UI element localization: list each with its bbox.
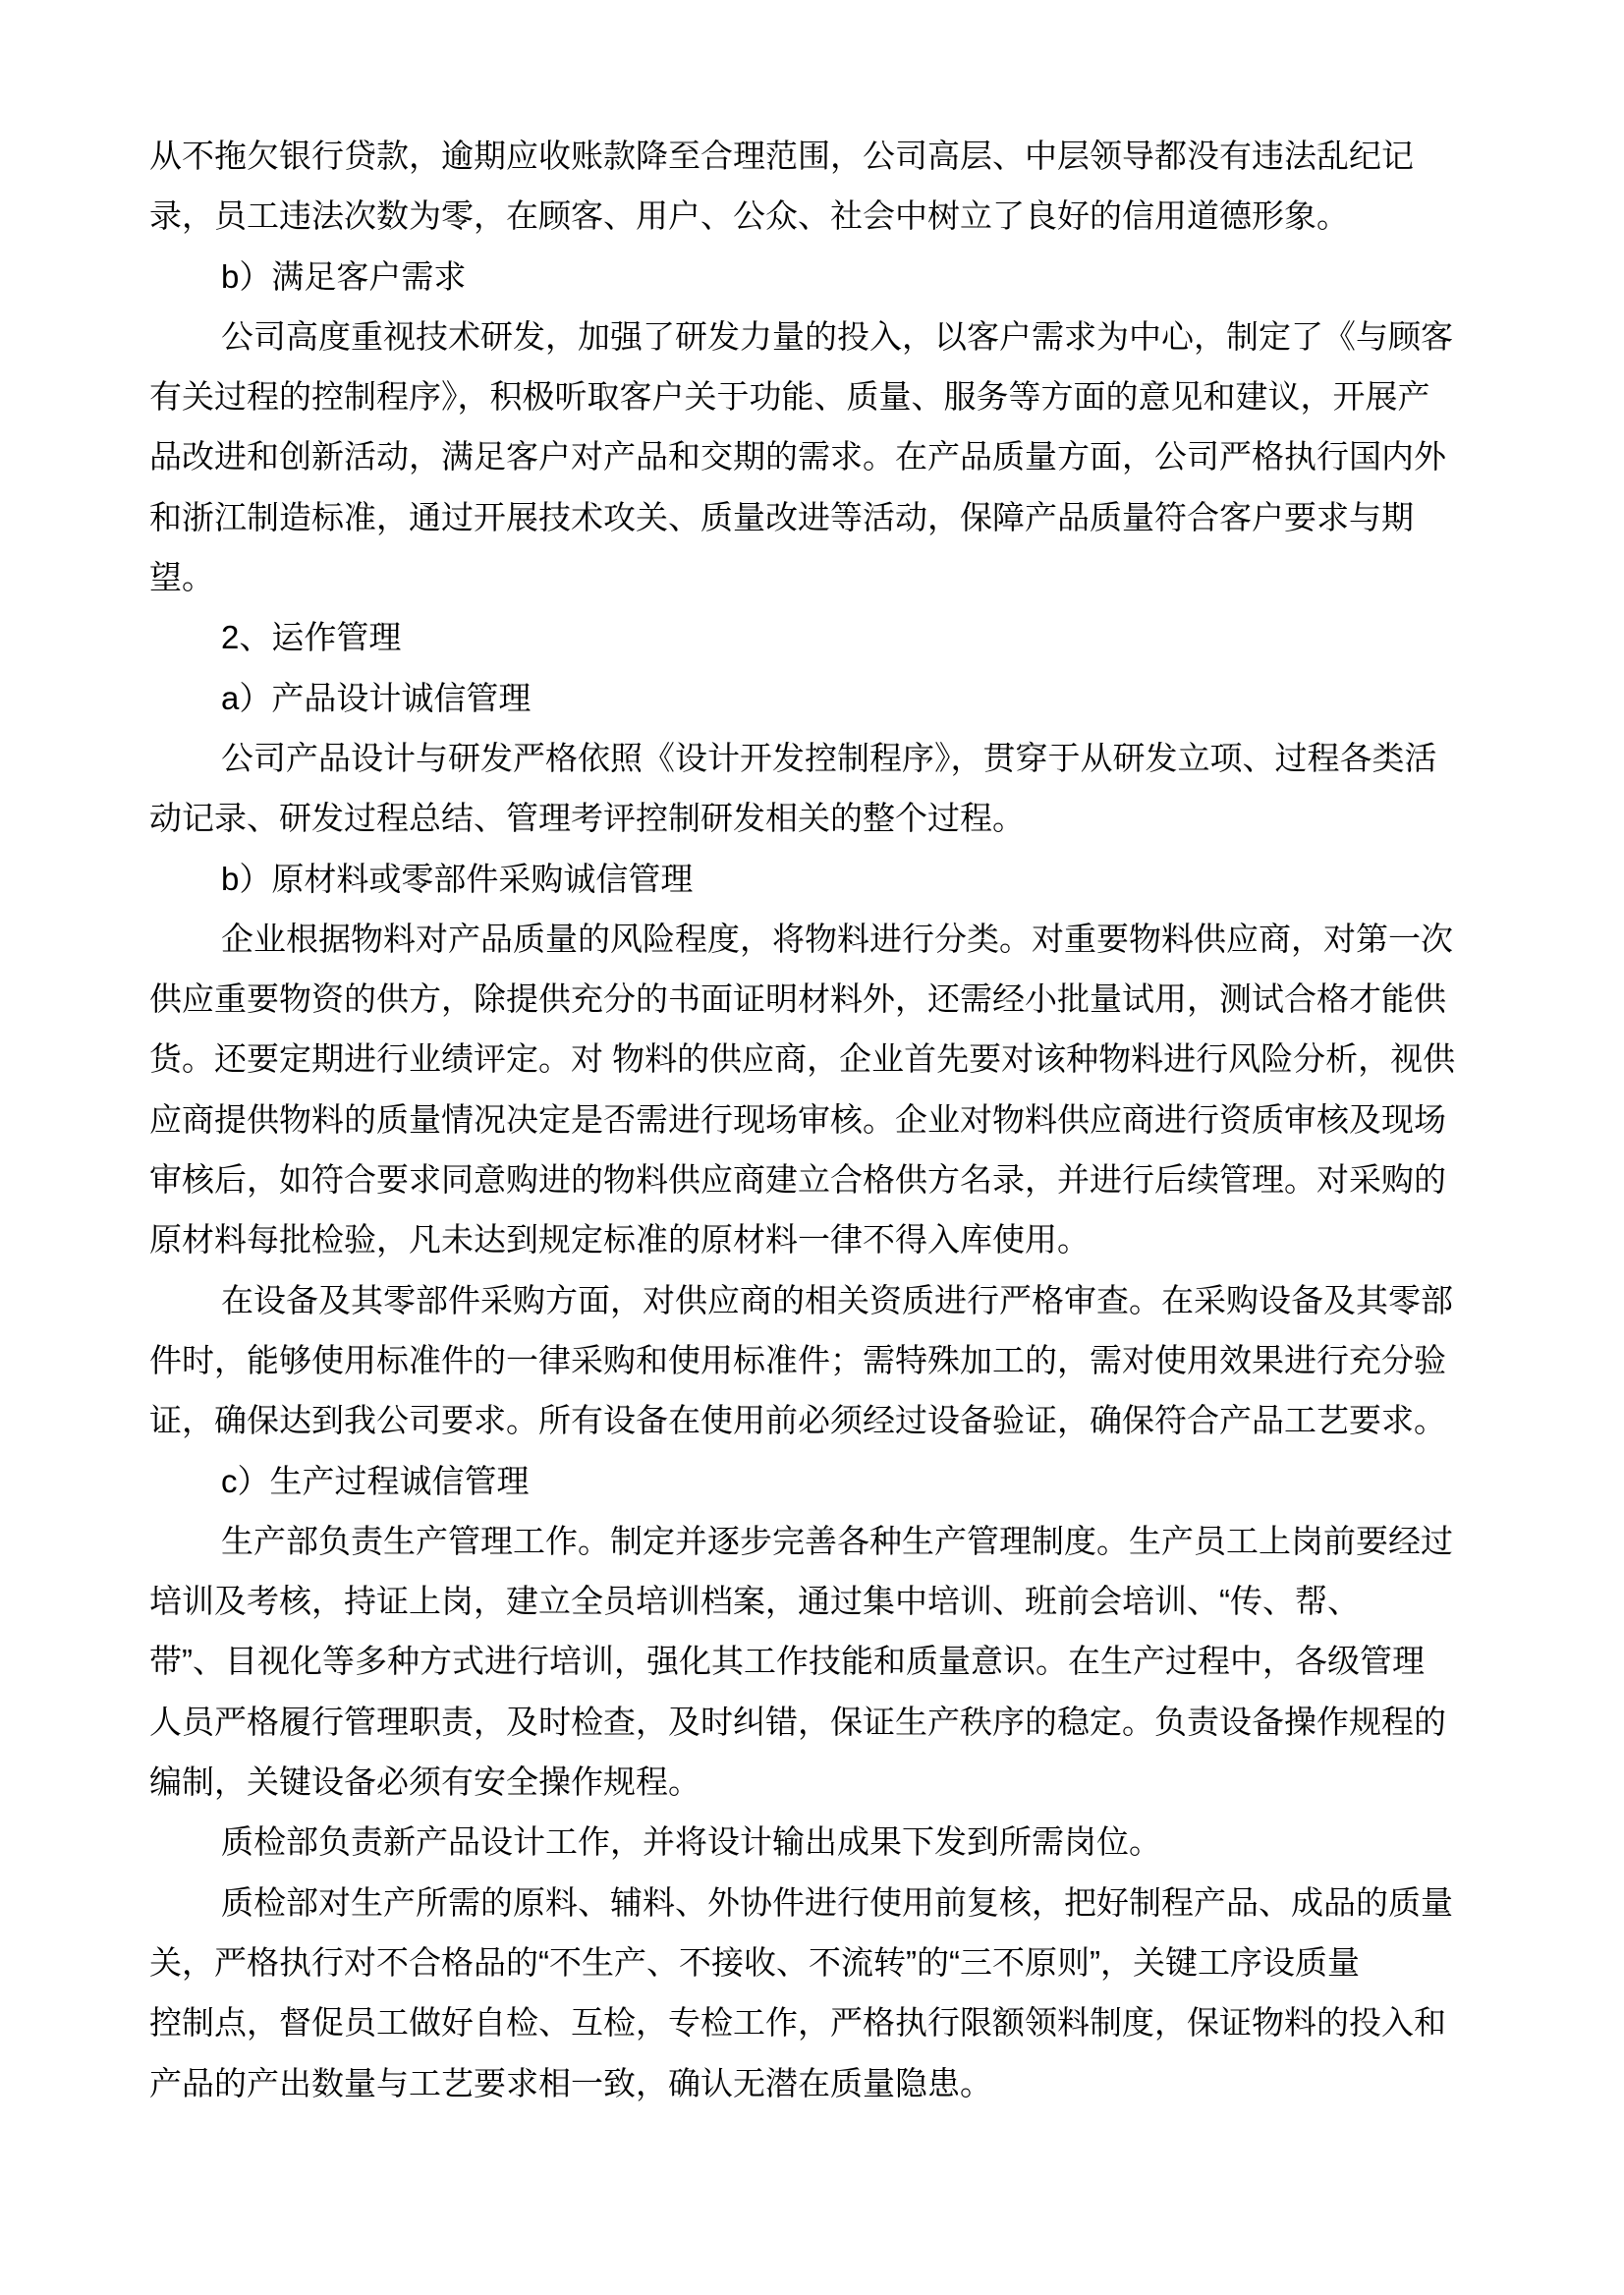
text-line: 供应重要物资的供方，除提供充分的书面证明材料外，还需经小批量试用，测试合格才能供 (149, 969, 1525, 1029)
text-line: 产品的产出数量与工艺要求相一致，确认无潜在质量隐患。 (149, 2053, 1525, 2113)
text-line: 公司高度重视技术研发，加强了研发力量的投入，以客户需求为中心，制定了《与顾客 (149, 307, 1525, 366)
document-page: 从不拖欠银行贷款，逾期应收账款降至合理范围，公司高层、中层领导都没有违法乱纪记录… (0, 0, 1624, 2295)
text-line: 品改进和创新活动，满足客户对产品和交期的需求。在产品质量方面，公司严格执行国内外 (149, 426, 1525, 486)
text-line: 有关过程的控制程序》，积极听取客户关于功能、质量、服务等方面的意见和建议，开展产 (149, 366, 1525, 426)
text-line: 从不拖欠银行贷款，逾期应收账款降至合理范围，公司高层、中层领导都没有违法乱纪记 (149, 126, 1525, 186)
text-line: 关，严格执行对不合格品的“不生产、不接收、不流转”的“三不原则”，关键工序设质量 (149, 1932, 1525, 1992)
text-line: 动记录、研发过程总结、管理考评控制研发相关的整个过程。 (149, 788, 1525, 848)
text-line: a）产品设计诚信管理 (149, 668, 1525, 728)
text-line: c）生产过程诚信管理 (149, 1451, 1525, 1511)
text-line: 公司产品设计与研发严格依照《设计开发控制程序》，贯穿于从研发立项、过程各类活 (149, 728, 1525, 788)
text-line: 人员严格履行管理职责，及时检查，及时纠错，保证生产秩序的稳定。负责设备操作规程的 (149, 1692, 1525, 1752)
text-line: 质检部负责新产品设计工作，并将设计输出成果下发到所需岗位。 (149, 1812, 1525, 1872)
text-line: 带”、目视化等多种方式进行培训，强化其工作技能和质量意识。在生产过程中，各级管理 (149, 1631, 1525, 1691)
text-line: 原材料每批检验，凡未达到规定标准的原材料一律不得入库使用。 (149, 1209, 1525, 1269)
text-line: 货。还要定期进行业绩评定。对 物料的供应商，企业首先要对该种物料进行风险分析，视… (149, 1029, 1525, 1089)
text-line: 审核后，如符合要求同意购进的物料供应商建立合格供方名录，并进行后续管理。对采购的 (149, 1149, 1525, 1209)
text-line: 和浙江制造标准，通过开展技术攻关、质量改进等活动，保障产品质量符合客户要求与期 (149, 487, 1525, 547)
text-line: 件时，能够使用标准件的一律采购和使用标准件；需特殊加工的，需对使用效果进行充分验 (149, 1330, 1525, 1390)
text-line: 培训及考核，持证上岗，建立全员培训档案，通过集中培训、班前会培训、“传、帮、 (149, 1571, 1525, 1631)
document-body: 从不拖欠银行贷款，逾期应收账款降至合理范围，公司高层、中层领导都没有违法乱纪记录… (149, 126, 1525, 2113)
text-line: 控制点，督促员工做好自检、互检，专检工作，严格执行限额领料制度，保证物料的投入和 (149, 1992, 1525, 2052)
text-line: 应商提供物料的质量情况决定是否需进行现场审核。企业对物料供应商进行资质审核及现场 (149, 1090, 1525, 1149)
text-line: 2、运作管理 (149, 607, 1525, 667)
text-line: 望。 (149, 547, 1525, 607)
text-line: 证，确保达到我公司要求。所有设备在使用前必须经过设备验证，确保符合产品工艺要求。 (149, 1390, 1525, 1450)
text-line: 企业根据物料对产品质量的风险程度，将物料进行分类。对重要物料供应商，对第一次 (149, 909, 1525, 969)
text-line: 质检部对生产所需的原料、辅料、外协件进行使用前复核，把好制程产品、成品的质量 (149, 1873, 1525, 1932)
text-line: b）原材料或零部件采购诚信管理 (149, 849, 1525, 909)
text-line: 编制，关键设备必须有安全操作规程。 (149, 1752, 1525, 1812)
text-line: 录，员工违法次数为零，在顾客、用户、公众、社会中树立了良好的信用道德形象。 (149, 186, 1525, 246)
text-line: 在设备及其零部件采购方面，对供应商的相关资质进行严格审查。在采购设备及其零部 (149, 1270, 1525, 1330)
text-line: b）满足客户需求 (149, 247, 1525, 307)
text-line: 生产部负责生产管理工作。制定并逐步完善各种生产管理制度。生产员工上岗前要经过 (149, 1511, 1525, 1571)
